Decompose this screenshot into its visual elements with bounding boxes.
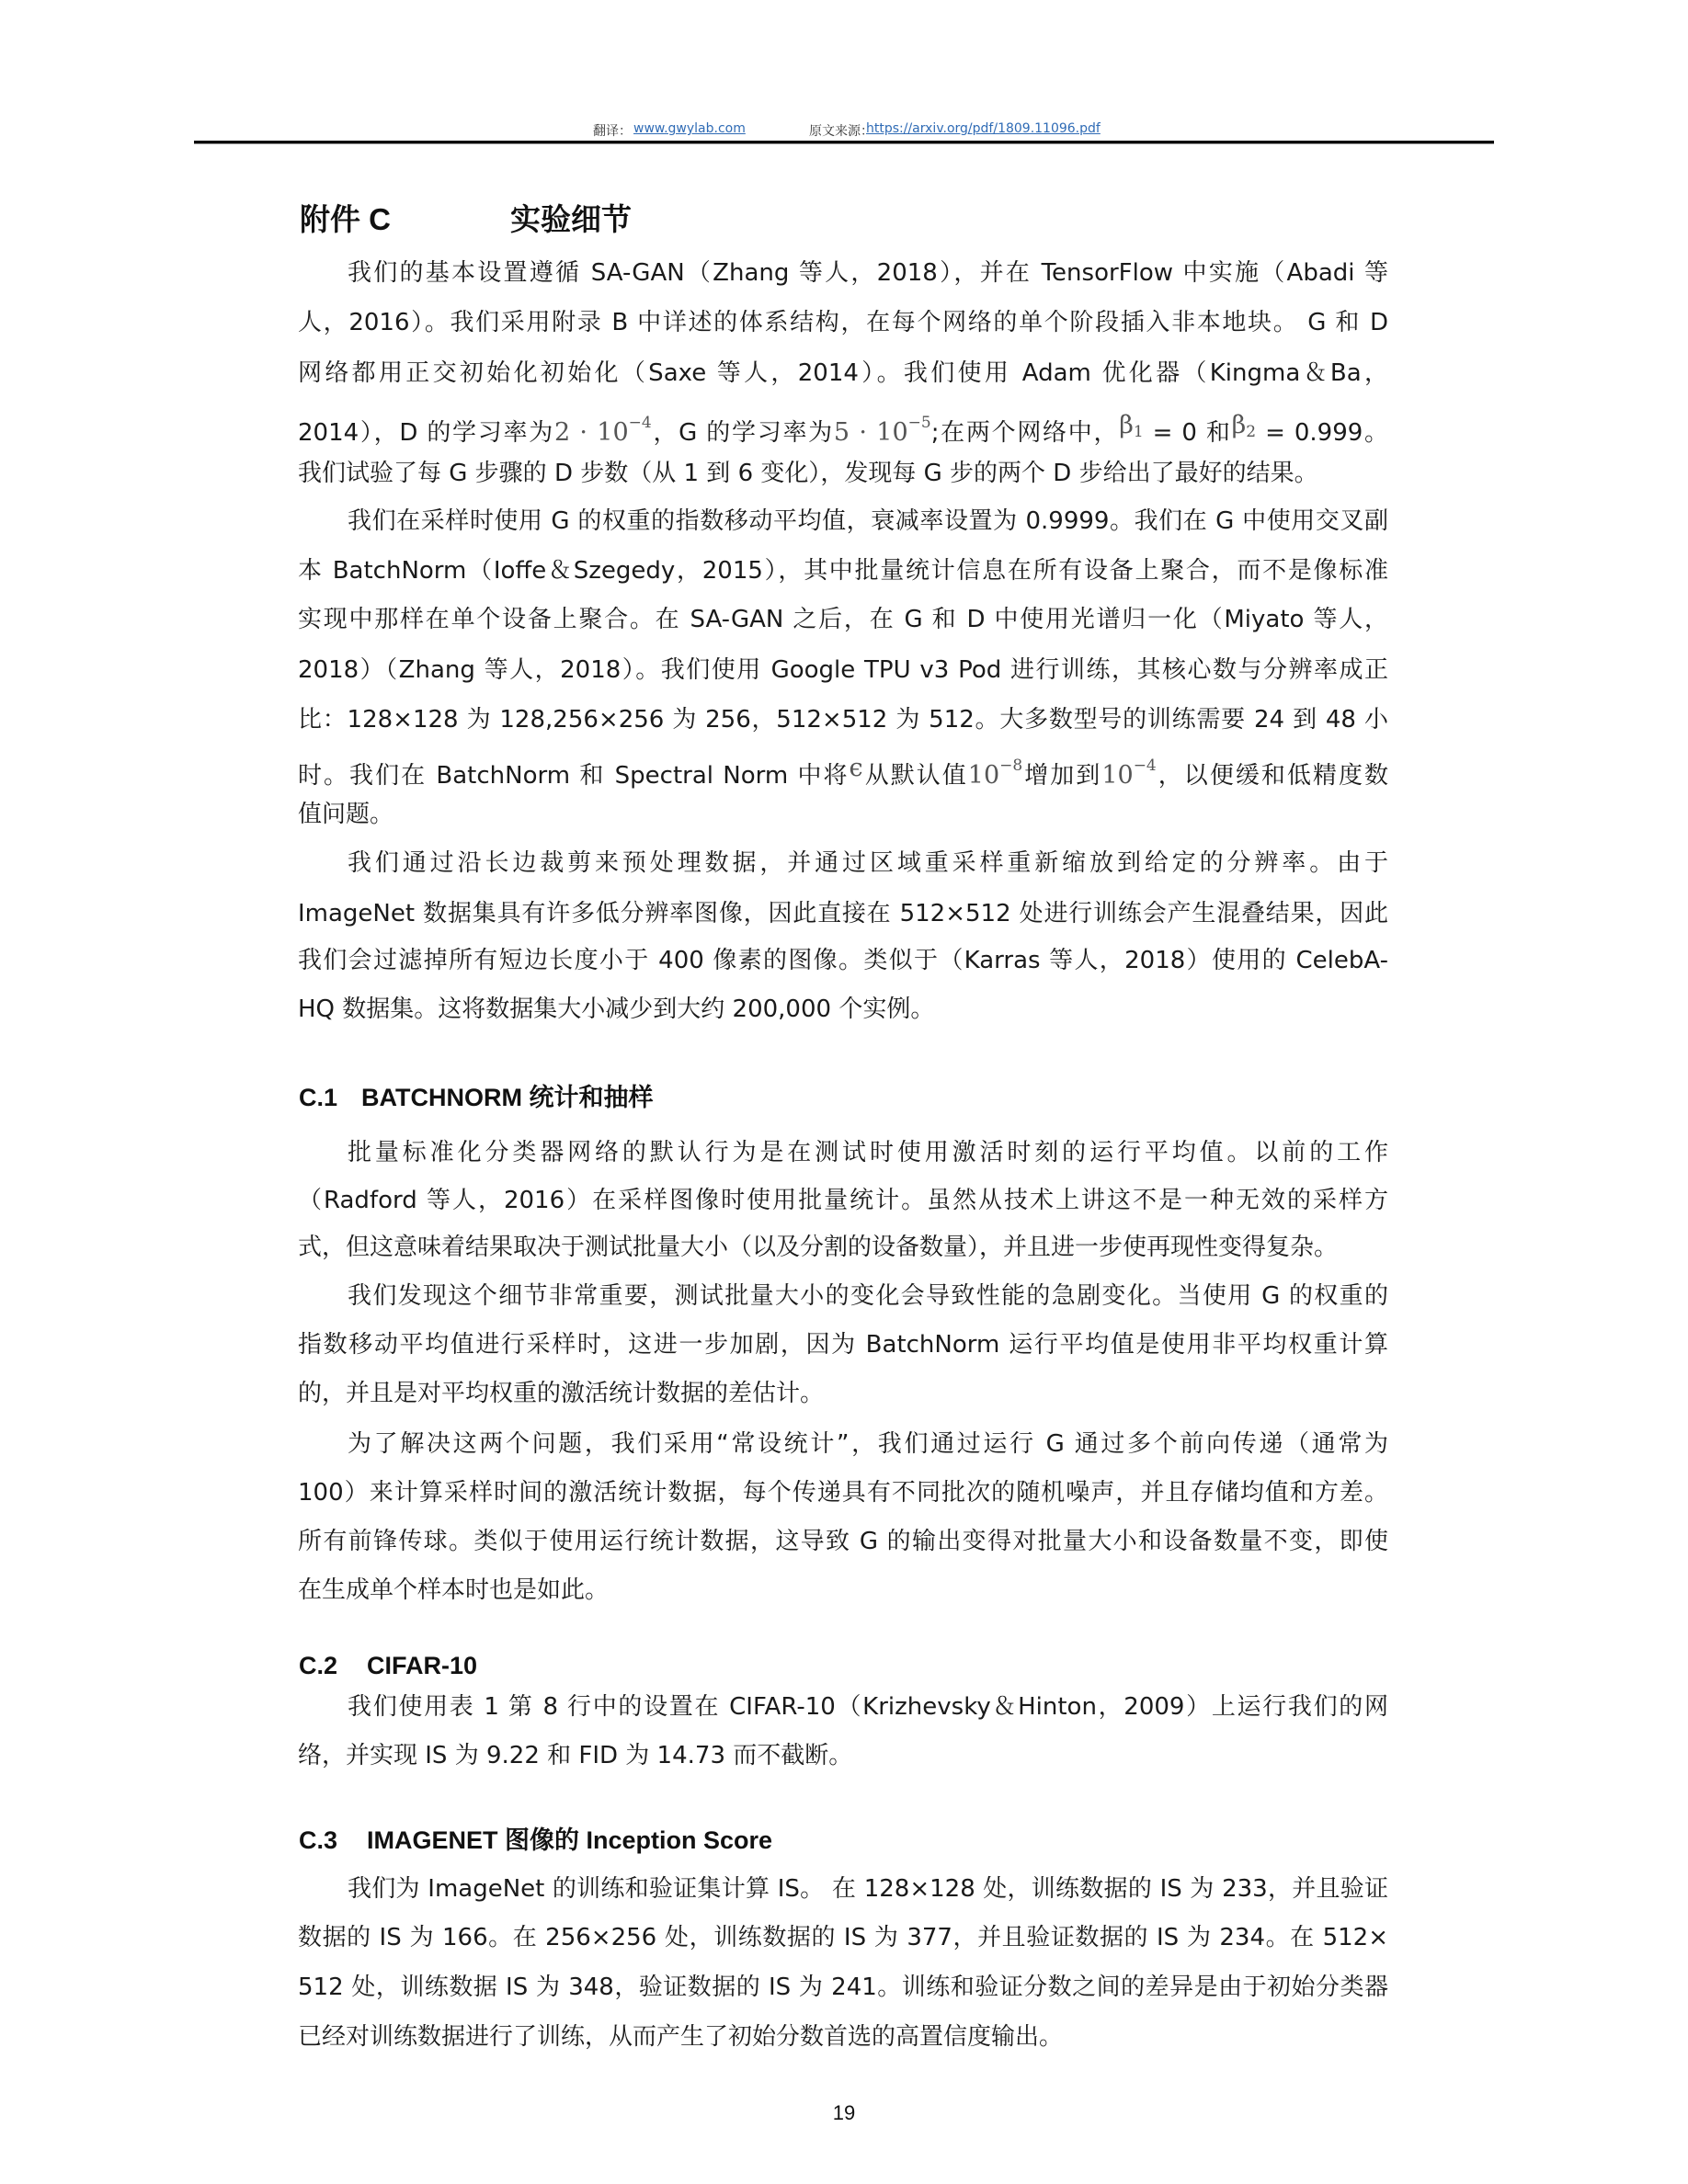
text-line: ImageNet 数据集具有许多低分辨率图像，因此直接在 512×512 处进行… [298,895,1388,932]
text-line: 的，并且是对平均权重的激活统计数据的差估计。 [298,1375,1388,1412]
text-line: 在生成单个样本时也是如此。 [298,1572,1388,1609]
text-line: 已经对训练数据进行了训练，从而产生了初始分数首选的高置信度输出。 [298,2019,1388,2055]
text-line: 我们试验了每 G 步骤的 D 步数（从 1 到 6 变化），发现每 G 步的两个… [298,455,1388,492]
appendix-title-text: 实验细节 [510,202,632,237]
math-epsilon: ϵ [850,754,863,782]
text-line: 值问题。 [298,796,1388,833]
source-link[interactable]: https://arxiv.org/pdf/1809.11096.pdf [866,121,1101,136]
text-line: 我们通过沿长边裁剪来预处理数据，并通过区域重采样重新缩放到给定的分辨率。由于 [348,845,1388,882]
section-number: C.3 [299,1826,337,1855]
math-d-learning-rate: 2 · 10−4 [554,418,652,447]
text-line: 指数移动平均值进行采样时，这进一步加剧，因为 BatchNorm 运行平均值是使… [298,1326,1388,1363]
text-line: 我们发现这个细节非常重要，测试批量大小的变化会导致性能的急剧变化。当使用 G 的… [348,1278,1388,1314]
appendix-number: 附件 C [300,202,391,237]
section-number: C.1 [299,1083,337,1112]
text-line: 网络都用正交初始化初始化（Saxe 等人，2014）。我们使用 Adam 优化器… [298,355,1388,392]
text-line: HQ 数据集。这将数据集大小减少到大约 200,000 个实例。 [298,991,1388,1028]
text-line: 512 处，训练数据 IS 为 348，验证数据的 IS 为 241。训练和验证… [298,1969,1388,2006]
source-label: 原文来源： [809,121,873,140]
text-line: 所有前锋传球。类似于使用运行统计数据，这导致 G 的输出变得对批量大小和设备数量… [298,1523,1388,1560]
text-line: 我们在采样时使用 G 的权重的指数移动平均值，衰减率设置为 0.9999。我们在… [348,503,1388,540]
math-beta1: β1 [1119,411,1143,439]
text-line: （Radford 等人，2016）在采样图像时使用批量统计。虽然从技术上讲这不是… [298,1182,1388,1219]
section-heading: IMAGENET 图像的 Inception Score [367,1826,772,1855]
text-line: 我们为 ImageNet 的训练和验证集计算 IS。 在 128×128 处，训… [348,1871,1388,1907]
page-number: 19 [0,2101,1688,2125]
text-line: 我们使用表 1 第 8 行中的设置在 CIFAR-10（Krizhevsky＆H… [348,1689,1388,1725]
text-line: 我们会过滤掉所有短边长度小于 400 像素的图像。类似于（Karras 等人，2… [298,942,1388,979]
translate-label: 翻译： [593,121,632,140]
text-line: 批量标准化分类器网络的默认行为是在测试时使用激活时刻的运行平均值。以前的工作 [348,1134,1388,1171]
text-line: 实现中那样在单个设备上聚合。在 SA-GAN 之后，在 G 和 D 中使用光谱归… [298,601,1388,638]
text-line: 式，但这意味着结果取决于测试批量大小（以及分割的设备数量），并且进一步使再现性变… [298,1229,1388,1266]
math-beta2: β2 [1232,411,1256,439]
section-number: C.2 [299,1651,337,1680]
text-line: 100）来计算采样时间的激活统计数据，每个传递具有不同批次的随机噪声，并且存储均… [298,1474,1388,1511]
section-heading: BATCHNORM 统计和抽样 [361,1083,653,1112]
text-line: 人，2016）。我们采用附录 B 中详述的体系结构，在每个网络的单个阶段插入非本… [298,304,1388,341]
text-line-with-math: 时。我们在 BatchNorm 和 Spectral Norm 中将ϵ从默认值1… [298,747,1388,784]
math-new-epsilon: 10−4 [1101,761,1156,790]
math-default-epsilon: 10−8 [968,761,1022,790]
text-line: 我们的基本设置遵循 SA-GAN（Zhang 等人，2018），并在 Tenso… [348,255,1388,291]
text-line: 络，并实现 IS 为 9.22 和 FID 为 14.73 而不截断。 [298,1737,1388,1774]
section-heading: CIFAR-10 [367,1651,477,1680]
math-g-learning-rate: 5 · 10−5 [834,418,931,447]
text-line: 为了解决这两个问题，我们采用“常设统计”，我们通过运行 G 通过多个前向传递（通… [348,1426,1388,1462]
text-line-with-math: 2014），D 的学习率为2 · 10−4，G 的学习率为5 · 10−5;在两… [298,404,1388,441]
text-line: 数据的 IS 为 166。在 256×256 处，训练数据的 IS 为 377，… [298,1919,1388,1956]
translator-link[interactable]: www.gwylab.com [633,121,746,136]
header-divider [194,141,1494,143]
text-line: 2018）（Zhang 等人，2018）。我们使用 Google TPU v3 … [298,652,1388,688]
text-line: 比：128×128 为 128,256×256 为 256，512×512 为 … [298,701,1388,738]
text-line: 本 BatchNorm（Ioffe＆Szegedy，2015），其中批量统计信息… [298,552,1388,589]
